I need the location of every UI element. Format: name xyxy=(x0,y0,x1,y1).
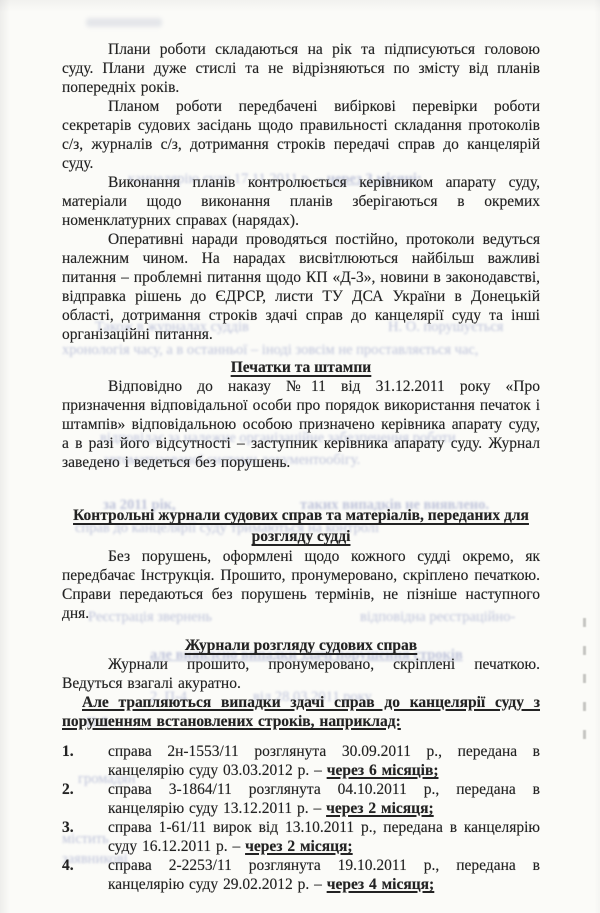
case-delay-text: через 2 місяця; xyxy=(326,800,433,817)
paragraph-control-journals: Без порушень, оформлені щодо кожного суд… xyxy=(62,547,540,623)
scan-edge-artifact xyxy=(583,618,586,627)
scan-edge-artifact xyxy=(583,730,586,739)
scanned-document-page: канцелярію суду 17.11.2011 р. – через 3 … xyxy=(0,0,600,913)
paragraph-plan-checks: Планом роботи передбачені вибіркові пере… xyxy=(62,97,540,173)
document-body: Плани роботи складаються на рік та підпи… xyxy=(62,40,540,894)
section-heading-control-journals: Контрольні журнали судових справ та мате… xyxy=(62,505,540,547)
case-delay-text: через 2 місяця; xyxy=(245,838,352,855)
case-item-text: справа 2-2253/11 розглянута 19.10.2011 р… xyxy=(108,856,540,894)
paragraph-review-journals: Журнали прошито, пронумеровано, скріплен… xyxy=(62,655,540,693)
paragraph-work-plans: Плани роботи складаються на рік та підпи… xyxy=(62,40,540,97)
case-item-text: справа 2н-1553/11 розглянута 30.09.2011 … xyxy=(108,742,540,780)
paragraph-seals-order: Відповідно до наказу №11 від 31.12.2011 … xyxy=(62,377,540,472)
scan-edge-artifact xyxy=(583,646,586,655)
case-item-text: справа 1-61/11 вирок від 13.10.2011 р., … xyxy=(108,818,540,856)
violations-warning-text: Але трапляються випадки здачі справ до к… xyxy=(62,693,540,731)
section-heading-seals-stamps: Печатки та штампи xyxy=(62,358,540,377)
case-delay-text: через 6 місяців; xyxy=(327,762,439,779)
scan-smudge xyxy=(86,18,162,27)
paragraph-operative-meetings: Оперативні наради проводяться постійно, … xyxy=(62,230,540,344)
case-list-item: 2. справа 3-1864/11 розглянута 04.10.201… xyxy=(62,780,540,818)
case-list-item: 3. справа 1-61/11 вирок від 13.10.2011 р… xyxy=(62,818,540,856)
case-list-item: 4. справа 2-2253/11 розглянута 19.10.201… xyxy=(62,856,540,894)
section-heading-case-review-journals: Журнали розгляду судових справ xyxy=(62,636,540,655)
case-item-number: 2. xyxy=(62,780,108,818)
case-item-number: 4. xyxy=(62,856,108,894)
case-item-number: 1. xyxy=(62,742,108,780)
paragraph-plan-control: Виконання планів контролюється керівнико… xyxy=(62,173,540,230)
case-item-text: справа 3-1864/11 розглянута 04.10.2011 р… xyxy=(108,780,540,818)
case-violations-list: 1. справа 2н-1553/11 розглянута 30.09.20… xyxy=(62,742,540,894)
scan-edge-artifact xyxy=(583,702,586,711)
case-item-number: 3. xyxy=(62,818,108,856)
scan-edge-artifact xyxy=(583,674,586,683)
case-delay-text: через 4 місяця; xyxy=(327,876,434,893)
case-list-item: 1. справа 2н-1553/11 розглянута 30.09.20… xyxy=(62,742,540,780)
